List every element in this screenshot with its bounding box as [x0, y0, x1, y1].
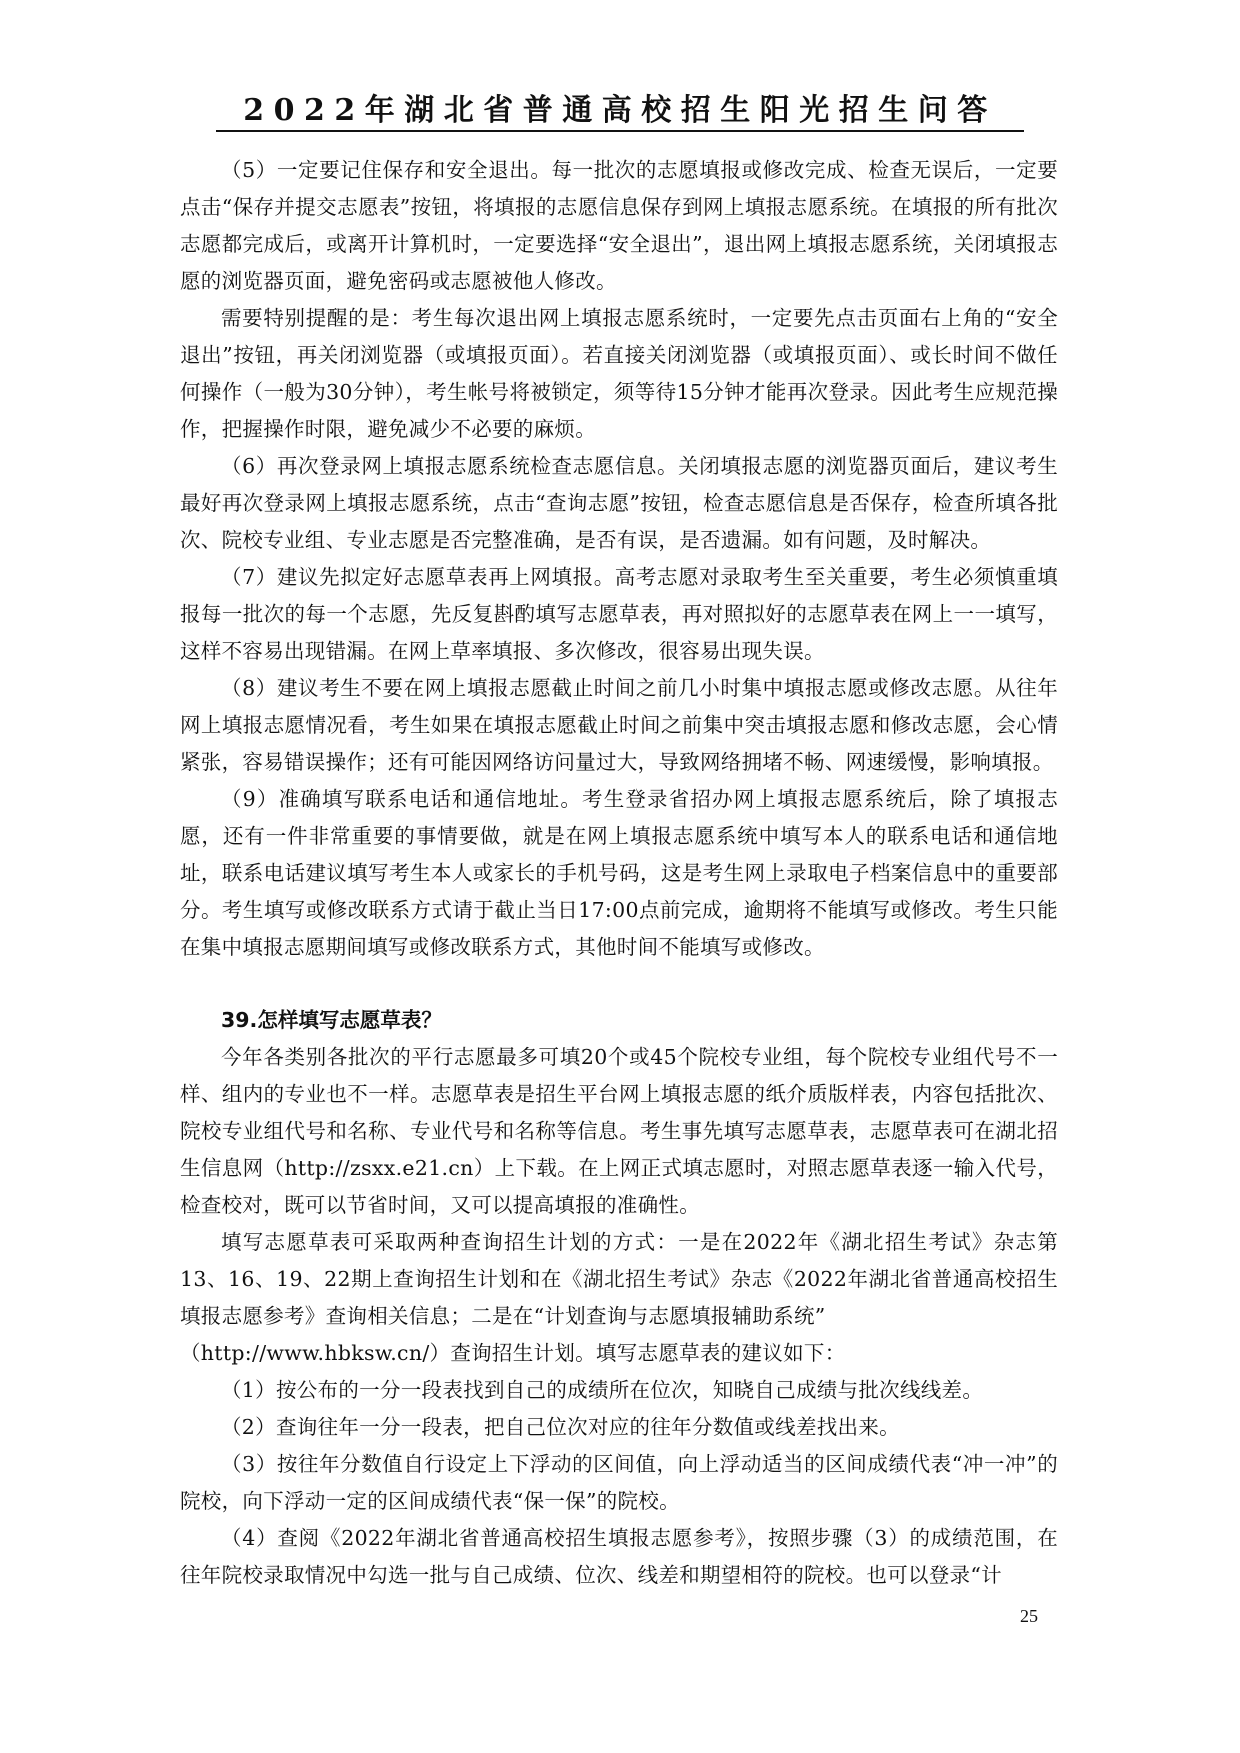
document-body: （5）一定要记住保存和安全退出。每一批次的志愿填报或修改完成、检查无误后，一定要…	[180, 152, 1058, 1594]
section-heading-q39: 39.怎样填写志愿草表？	[180, 1002, 1058, 1039]
paragraph-reminder: 需要特别提醒的是：考生每次退出网上填报志愿系统时，一定要先点击页面右上角的“安全…	[180, 300, 1058, 448]
paragraph-q39-methods: 填写志愿草表可采取两种查询招生计划的方式：一是在2022年《湖北招生考试》杂志第…	[180, 1224, 1058, 1335]
step-1: （1）按公布的一分一段表找到自己的成绩所在位次，知晓自己成绩与批次线线差。	[180, 1372, 1058, 1409]
paragraph-item-9: （9）准确填写联系电话和通信地址。考生登录省招办网上填报志愿系统后，除了填报志愿…	[180, 781, 1058, 966]
section-spacer	[180, 966, 1058, 1002]
page-title: 2022年湖北省普通高校招生阳光招生问答	[216, 92, 1024, 130]
paragraph-item-6: （6）再次登录网上填报志愿系统检查志愿信息。关闭填报志愿的浏览器页面后，建议考生…	[180, 448, 1058, 559]
page-header: 2022年湖北省普通高校招生阳光招生问答	[216, 92, 1024, 132]
paragraph-item-8: （8）建议考生不要在网上填报志愿截止时间之前几小时集中填报志愿或修改志愿。从往年…	[180, 670, 1058, 781]
paragraph-q39-methods-url: （http://www.hbksw.cn/）查询招生计划。填写志愿草表的建议如下…	[180, 1335, 1058, 1372]
step-2: （2）查询往年一分一段表，把自己位次对应的往年分数值或线差找出来。	[180, 1409, 1058, 1446]
page-number: 25	[1020, 1606, 1038, 1627]
paragraph-item-7: （7）建议先拟定好志愿草表再上网填报。高考志愿对录取考生至关重要，考生必须慎重填…	[180, 559, 1058, 670]
step-4: （4）查阅《2022年湖北省普通高校招生填报志愿参考》，按照步骤（3）的成绩范围…	[180, 1520, 1058, 1594]
step-3: （3）按往年分数值自行设定上下浮动的区间值，向上浮动适当的区间成绩代表“冲一冲”…	[180, 1446, 1058, 1520]
paragraph-q39-intro: 今年各类别各批次的平行志愿最多可填20个或45个院校专业组，每个院校专业组代号不…	[180, 1039, 1058, 1224]
paragraph-item-5: （5）一定要记住保存和安全退出。每一批次的志愿填报或修改完成、检查无误后，一定要…	[180, 152, 1058, 300]
